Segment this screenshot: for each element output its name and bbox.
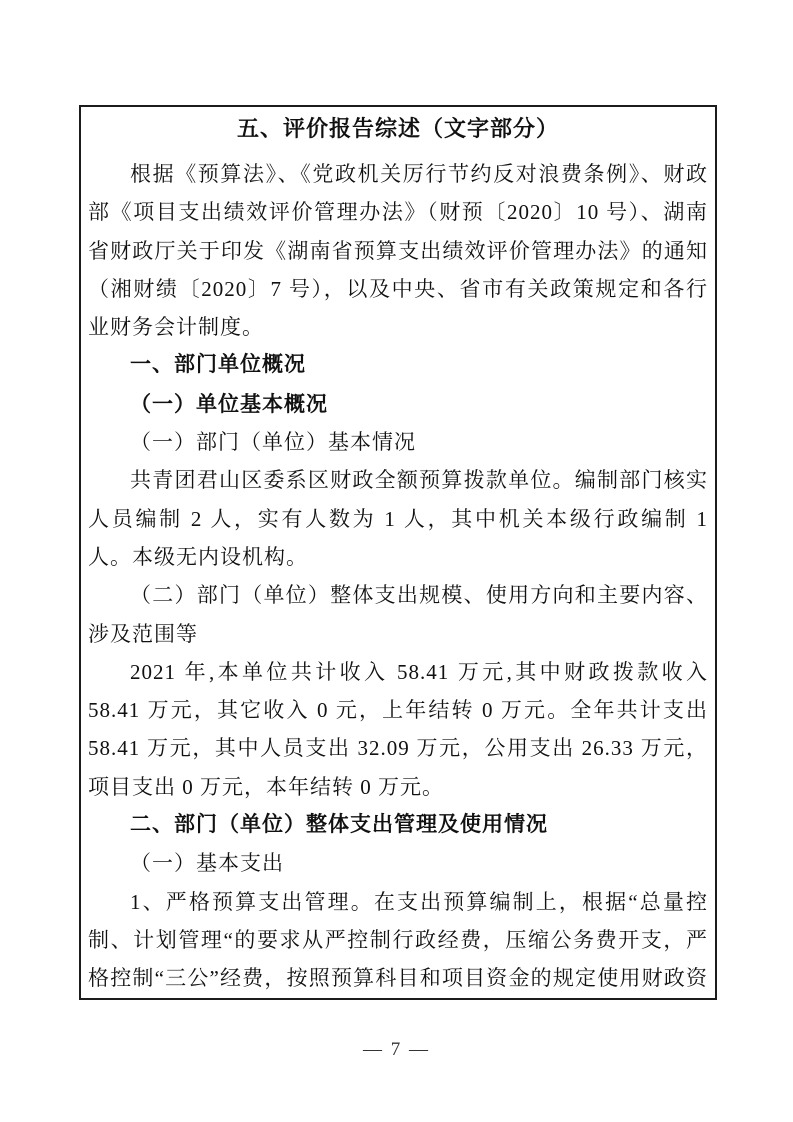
heading-unit-basic-overview: （一）单位基本概况 (88, 385, 708, 423)
heading-overall-expenditure-scope: （二）部门（单位）整体支出规模、使用方向和主要内容、涉及范围等 (88, 576, 708, 653)
document-page: 五、评价报告综述（文字部分） 根据《预算法》、《党政机关厉行节约反对浪费条例》、… (0, 0, 793, 1122)
paragraph-legal-basis: 根据《预算法》、《党政机关厉行节约反对浪费条例》、财政部《项目支出绩效评价管理办… (88, 155, 708, 346)
paragraph-unit-staffing: 共青团君山区委系区财政全额预算拨款单位。编制部门核实人员编制 2 人，实有人数为… (88, 461, 708, 576)
report-text-box: 五、评价报告综述（文字部分） 根据《预算法》、《党政机关厉行节约反对浪费条例》、… (79, 105, 717, 1000)
heading-section-one: 一、部门单位概况 (88, 346, 708, 384)
heading-section-two: 二、部门（单位）整体支出管理及使用情况 (88, 806, 708, 844)
paragraph-budget-management: 1、严格预算支出管理。在支出预算编制上，根据“总量控制、计划管理“的要求从严控制… (88, 883, 708, 1000)
report-section-title: 五、评价报告综述（文字部分） (88, 111, 708, 147)
page-number: — 7 — (0, 1036, 793, 1064)
paragraph-income-expenditure-figures: 2021 年,本单位共计收入 58.41 万元,其中财政拨款收入 58.41 万… (88, 653, 708, 806)
heading-basic-expenditure: （一）基本支出 (88, 844, 708, 882)
heading-unit-basic-situation: （一）部门（单位）基本情况 (88, 423, 708, 461)
